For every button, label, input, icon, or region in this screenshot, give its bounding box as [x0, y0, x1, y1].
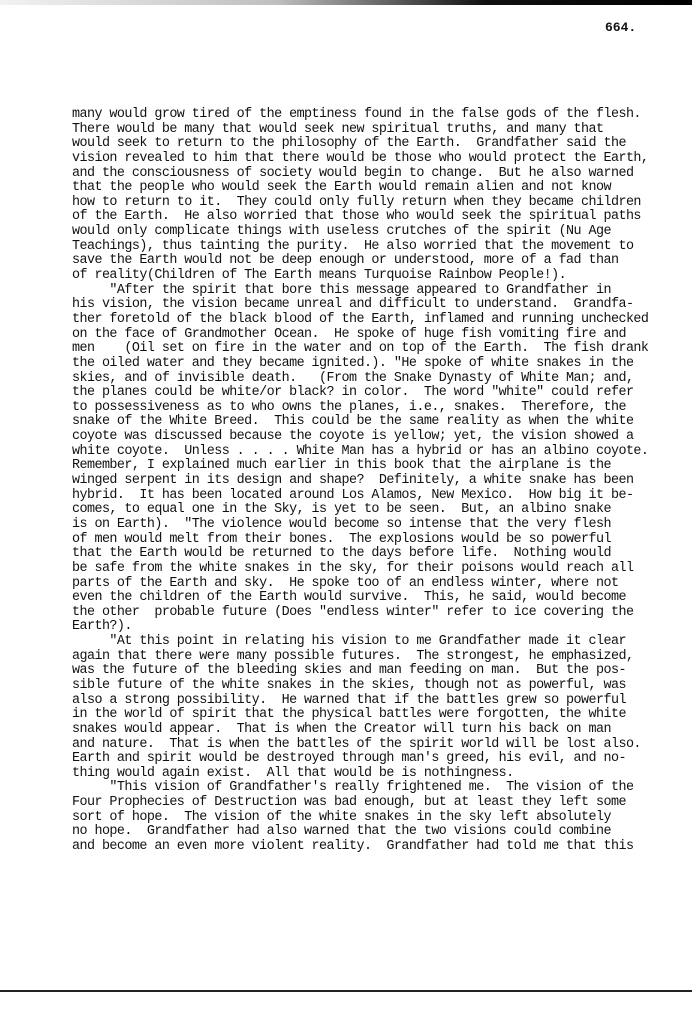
text-line: of the Earth. He also worried that those… — [72, 210, 672, 225]
text-line: of men would melt from their bones. The … — [72, 533, 672, 548]
text-line: sort of hope. The vision of the white sn… — [72, 811, 672, 826]
text-line: even the children of the Earth would sur… — [72, 591, 672, 606]
text-line: Earth?). — [72, 620, 672, 635]
page-number: 664. — [605, 20, 636, 35]
text-line: snake of the White Breed. This could be … — [72, 415, 672, 430]
text-line: his vision, the vision became unreal and… — [72, 298, 672, 313]
text-line: vision revealed to him that there would … — [72, 152, 672, 167]
text-line: snakes would appear. That is when the Cr… — [72, 723, 672, 738]
text-line: sible future of the white snakes in the … — [72, 679, 672, 694]
text-line: winged serpent in its design and shape? … — [72, 474, 672, 489]
text-line: men (Oil set on fire in the water and on… — [72, 342, 672, 357]
text-line: "After the spirit that bore this message… — [72, 284, 672, 299]
text-line: many would grow tired of the emptiness f… — [72, 108, 672, 123]
text-line: the planes could be white/or black? in c… — [72, 386, 672, 401]
scan-edge-shadow — [0, 0, 692, 5]
text-line: thing would again exist. All that would … — [72, 767, 672, 782]
text-line: no hope. Grandfather had also warned tha… — [72, 825, 672, 840]
text-line: parts of the Earth and sky. He spoke too… — [72, 577, 672, 592]
text-line: white coyote. Unless . . . . White Man h… — [72, 445, 672, 460]
text-line: and the consciousness of society would b… — [72, 167, 672, 182]
text-line: to possessiveness as to who owns the pla… — [72, 401, 672, 416]
text-line: save the Earth would not be deep enough … — [72, 254, 672, 269]
text-line: would seek to return to the philosophy o… — [72, 137, 672, 152]
text-line: ther foretold of the black blood of the … — [72, 313, 672, 328]
text-line: and become an even more violent reality.… — [72, 840, 672, 855]
text-line: Remember, I explained much earlier in th… — [72, 459, 672, 474]
text-line: also a strong possibility. He warned tha… — [72, 694, 672, 709]
text-line: hybrid. It has been located around Los A… — [72, 489, 672, 504]
text-line: Earth and spirit would be destroyed thro… — [72, 752, 672, 767]
text-line: in the world of spirit that the physical… — [72, 708, 672, 723]
text-line: of reality(Children of The Earth means T… — [72, 269, 672, 284]
text-line: again that there were many possible futu… — [72, 650, 672, 665]
text-line: is on Earth). "The violence would become… — [72, 518, 672, 533]
text-line: the other probable future (Does "endless… — [72, 606, 672, 621]
text-line: that the people who would seek the Earth… — [72, 181, 672, 196]
page-bottom-rule — [0, 990, 692, 992]
text-line: would only complicate things with useles… — [72, 225, 672, 240]
text-line: Teachings), thus tainting the purity. He… — [72, 240, 672, 255]
text-line: "This vision of Grandfather's really fri… — [72, 781, 672, 796]
text-line: "At this point in relating his vision to… — [72, 635, 672, 650]
text-line: was the future of the bleeding skies and… — [72, 664, 672, 679]
text-line: the oiled water and they became ignited.… — [72, 357, 672, 372]
text-line: comes, to equal one in the Sky, is yet t… — [72, 503, 672, 518]
text-line: be safe from the white snakes in the sky… — [72, 562, 672, 577]
text-line: on the face of Grandmother Ocean. He spo… — [72, 328, 672, 343]
text-line: that the Earth would be returned to the … — [72, 547, 672, 562]
text-line: Four Prophecies of Destruction was bad e… — [72, 796, 672, 811]
text-line: how to return to it. They could only ful… — [72, 196, 672, 211]
text-line: skies, and of invisible death. (From the… — [72, 372, 672, 387]
page-body: many would grow tired of the emptiness f… — [72, 108, 672, 855]
text-line: There would be many that would seek new … — [72, 123, 672, 138]
text-line: coyote was discussed because the coyote … — [72, 430, 672, 445]
text-line: and nature. That is when the battles of … — [72, 738, 672, 753]
